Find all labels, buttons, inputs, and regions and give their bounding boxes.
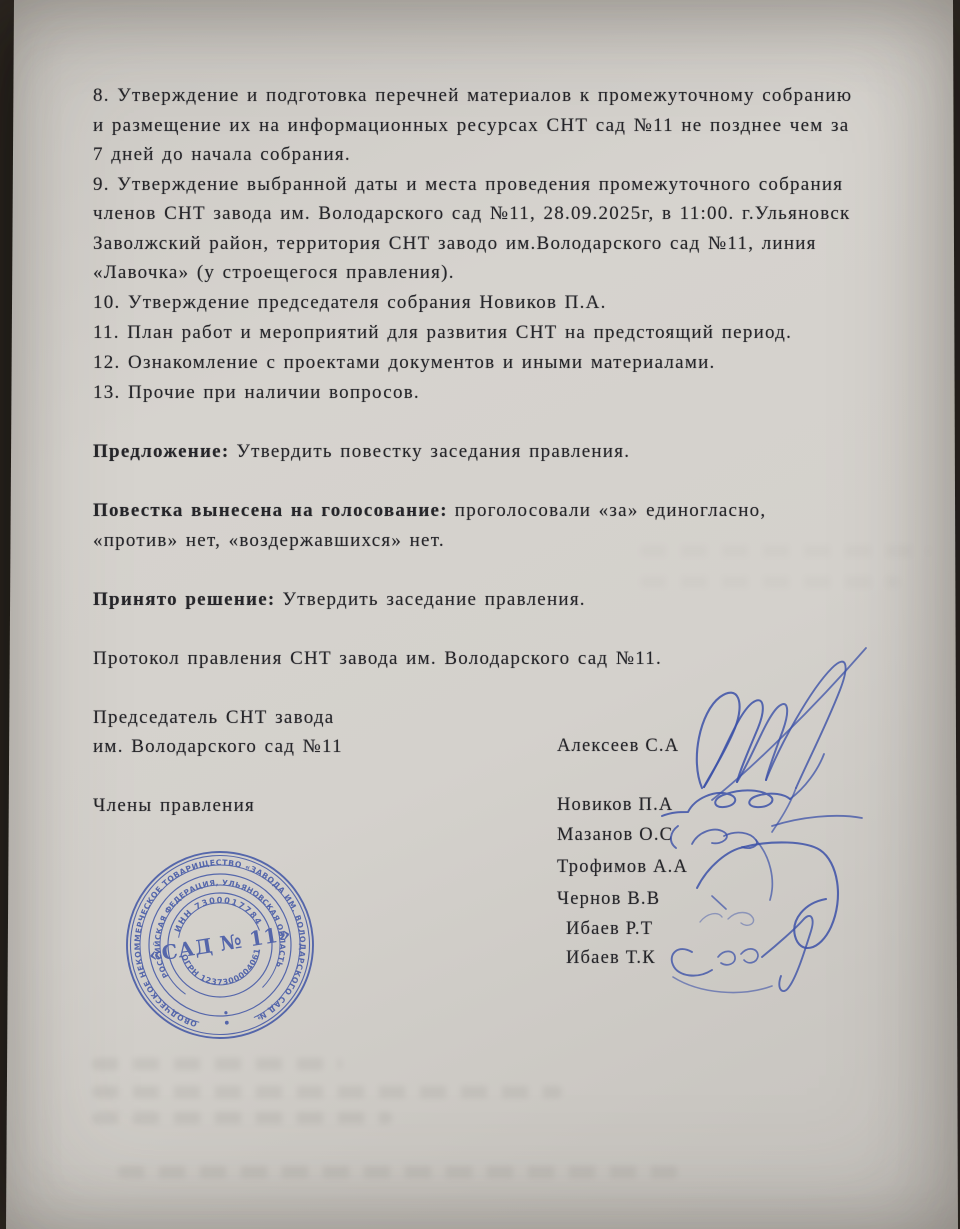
member-name: Ибаев Р.Т [566, 919, 653, 940]
chairman-title-line: им. Володарского сад №11 [93, 736, 343, 758]
decision-label: Принято решение: [93, 589, 275, 610]
proposal-line: Предложение:Утвердить повестку заседания… [93, 441, 630, 463]
agenda-line: 9. Утверждение выбранной даты и места пр… [93, 174, 843, 196]
decision-text: Утвердить заседание правления. [282, 589, 585, 610]
chairman-name: Алексеев С.А [557, 736, 679, 757]
proposal-text: Утвердить повестку заседания правления. [236, 441, 630, 462]
stamp-separator-dot [224, 1011, 227, 1014]
member-name: Мазанов О.С [557, 825, 673, 846]
round-stamp: САДОВОДЧЕСКОЕ НЕКОММЕРЧЕСКОЕ ТОВАРИЩЕСТВ… [125, 850, 315, 1040]
vote-line: Повестка вынесена на голосование:проголо… [93, 500, 766, 522]
agenda-line: членов СНТ завода им. Володарского сад №… [93, 203, 851, 225]
agenda-line: 7 дней до начала собрания. [93, 144, 351, 166]
stamp-separator-dot [225, 1021, 229, 1025]
protocol-line: Протокол правления СНТ завода им. Волода… [93, 648, 662, 670]
proposal-label: Предложение: [93, 441, 229, 462]
member-name: Ибаев Т.К [566, 948, 656, 969]
vote-line-2: «против» нет, «воздержавшихся» нет. [93, 530, 445, 552]
vote-label: Повестка вынесена на голосование: [93, 500, 448, 521]
agenda-line: 8. Утверждение и подготовка перечней мат… [93, 85, 852, 107]
agenda-line: «Лавочка» (у строещегося правления). [93, 262, 455, 284]
agenda-line: 13. Прочие при наличии вопросов. [93, 382, 420, 404]
member-name: Новиков П.А [557, 795, 673, 816]
agenda-line: 10. Утверждение председателя собрания Но… [93, 292, 607, 314]
decision-line: Принято решение:Утвердить заседание прав… [93, 589, 586, 611]
agenda-line: 11. План работ и мероприятий для развити… [93, 322, 792, 344]
members-label: Члены правления [93, 795, 255, 817]
vote-text: проголосовали «за» единогласно, [455, 500, 767, 521]
member-name: Чернов В.В [557, 889, 660, 910]
agenda-line: и размещение их на информационных ресурс… [93, 115, 849, 137]
stamp-center-text: «САД № 11» [147, 921, 292, 967]
member-name: Трофимов А.А [557, 857, 688, 878]
agenda-line: Заволжский район, территория СНТ заводо … [93, 233, 817, 255]
chairman-title-line: Председатель СНТ завода [93, 707, 335, 729]
photographed-document: 8. Утверждение и подготовка перечней мат… [0, 0, 960, 1229]
agenda-line: 12. Ознакомление с проектами документов … [93, 352, 716, 374]
